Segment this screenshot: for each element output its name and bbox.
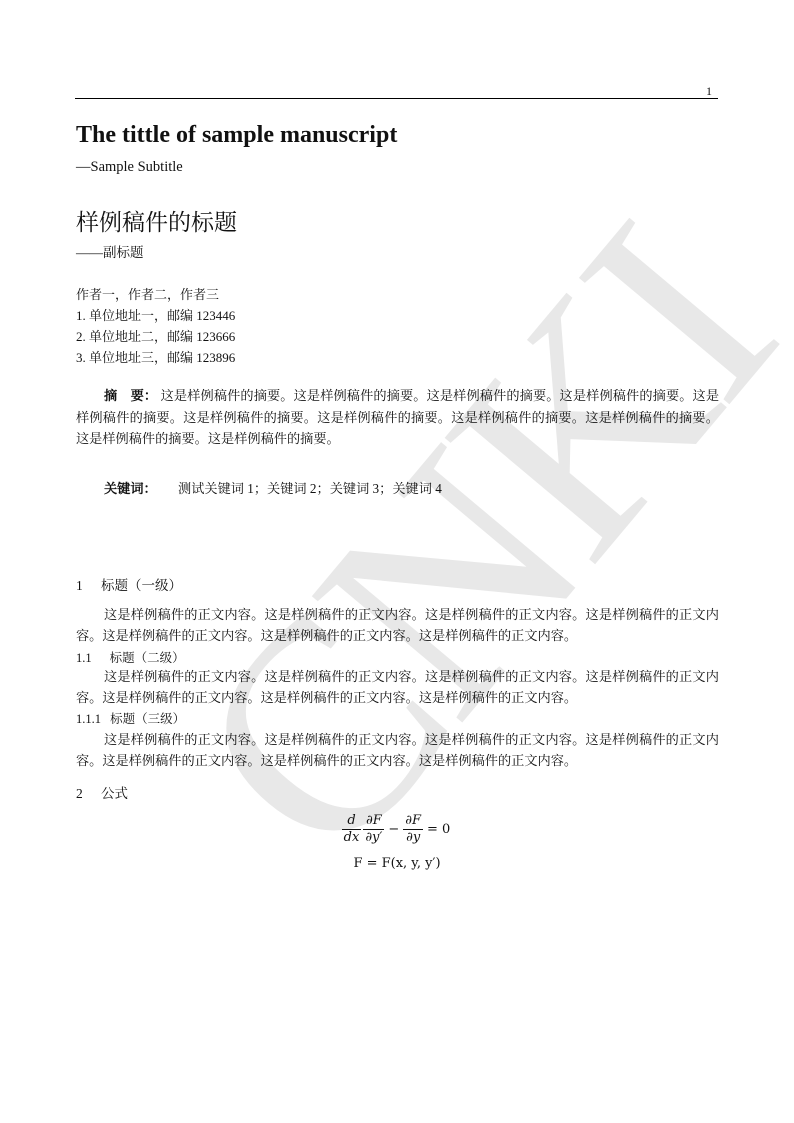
abstract-label: 摘 要： bbox=[104, 389, 157, 404]
heading-level-1: 2 公式 bbox=[76, 782, 128, 802]
subtitle-english: —Sample Subtitle bbox=[76, 159, 183, 176]
denominator: ∂y′ bbox=[363, 830, 384, 846]
heading-level-1: 1 标题（一级） bbox=[76, 574, 182, 594]
equation-euler-lagrange: d dx ∂F ∂y′ − ∂F ∂y = 0 bbox=[0, 813, 794, 846]
postal-code: 123446 bbox=[196, 308, 235, 323]
equation-F-definition: F = F(x, y, y′) bbox=[0, 856, 794, 871]
denominator: dx bbox=[342, 830, 362, 846]
body-paragraph: 这是样例稿件的正文内容。这是样例稿件的正文内容。这是样例稿件的正文内容。这是样例… bbox=[76, 729, 719, 771]
affiliation-text: 单位地址三，邮编 bbox=[89, 351, 193, 366]
abstract-text: 这是样例稿件的摘要。这是样例稿件的摘要。这是样例稿件的摘要。这是样例稿件的摘要。… bbox=[76, 388, 719, 446]
section-title: 公式 bbox=[101, 786, 128, 802]
section-number: 1.1 bbox=[76, 651, 92, 665]
affiliation-number: 1. bbox=[76, 308, 86, 323]
fraction: d dx bbox=[342, 813, 362, 846]
body-paragraph: 这是样例稿件的正文内容。这是样例稿件的正文内容。这是样例稿件的正文内容。这是样例… bbox=[76, 666, 719, 708]
fraction: ∂F ∂y bbox=[403, 813, 423, 846]
equals-zero: = 0 bbox=[427, 822, 450, 837]
numerator: d bbox=[342, 813, 362, 830]
postal-code: 123666 bbox=[196, 329, 235, 344]
affiliation: 1. 单位地址一，邮编 123446 bbox=[76, 305, 235, 324]
authors: 作者一，作者二，作者三 bbox=[76, 284, 219, 303]
subtitle-chinese: ——副标题 bbox=[76, 241, 144, 261]
affiliation-number: 2. bbox=[76, 329, 86, 344]
affiliation-text: 单位地址一，邮编 bbox=[89, 309, 193, 324]
title-english: The tittle of sample manuscript bbox=[76, 122, 397, 149]
affiliation: 3. 单位地址三，邮编 123896 bbox=[76, 347, 235, 366]
numerator: ∂F bbox=[403, 813, 423, 830]
fraction: ∂F ∂y′ bbox=[363, 813, 384, 846]
heading-level-3: 1.1.1 标题（三级） bbox=[76, 709, 185, 727]
title-chinese: 样例稿件的标题 bbox=[76, 204, 237, 237]
section-title: 标题（三级） bbox=[110, 712, 185, 726]
affiliation-number: 3. bbox=[76, 350, 86, 365]
postal-code: 123896 bbox=[196, 350, 235, 365]
body-paragraph: 这是样例稿件的正文内容。这是样例稿件的正文内容。这是样例稿件的正文内容。这是样例… bbox=[76, 604, 719, 646]
heading-level-2: 1.1 标题（二级） bbox=[76, 648, 185, 666]
denominator: ∂y bbox=[403, 830, 423, 846]
abstract: 摘 要： 这是样例稿件的摘要。这是样例稿件的摘要。这是样例稿件的摘要。这是样例稿… bbox=[76, 385, 719, 449]
keywords-label: 关键词： bbox=[104, 482, 157, 497]
page-number: 1 bbox=[706, 84, 712, 99]
header-rule bbox=[75, 98, 718, 99]
keywords: 关键词： 测试关键词 1；关键词 2；关键词 3；关键词 4 bbox=[104, 478, 442, 497]
section-title: 标题（一级） bbox=[101, 578, 182, 594]
affiliation-text: 单位地址二，邮编 bbox=[89, 330, 193, 345]
minus-operator: − bbox=[388, 822, 399, 837]
section-number: 1 bbox=[76, 578, 83, 593]
numerator: ∂F bbox=[363, 813, 384, 830]
section-title: 标题（二级） bbox=[110, 650, 185, 665]
section-number: 1.1.1 bbox=[76, 712, 101, 726]
section-number: 2 bbox=[76, 786, 83, 801]
affiliation: 2. 单位地址二，邮编 123666 bbox=[76, 326, 235, 345]
keywords-text: 测试关键词 1；关键词 2；关键词 3；关键词 4 bbox=[178, 481, 442, 496]
